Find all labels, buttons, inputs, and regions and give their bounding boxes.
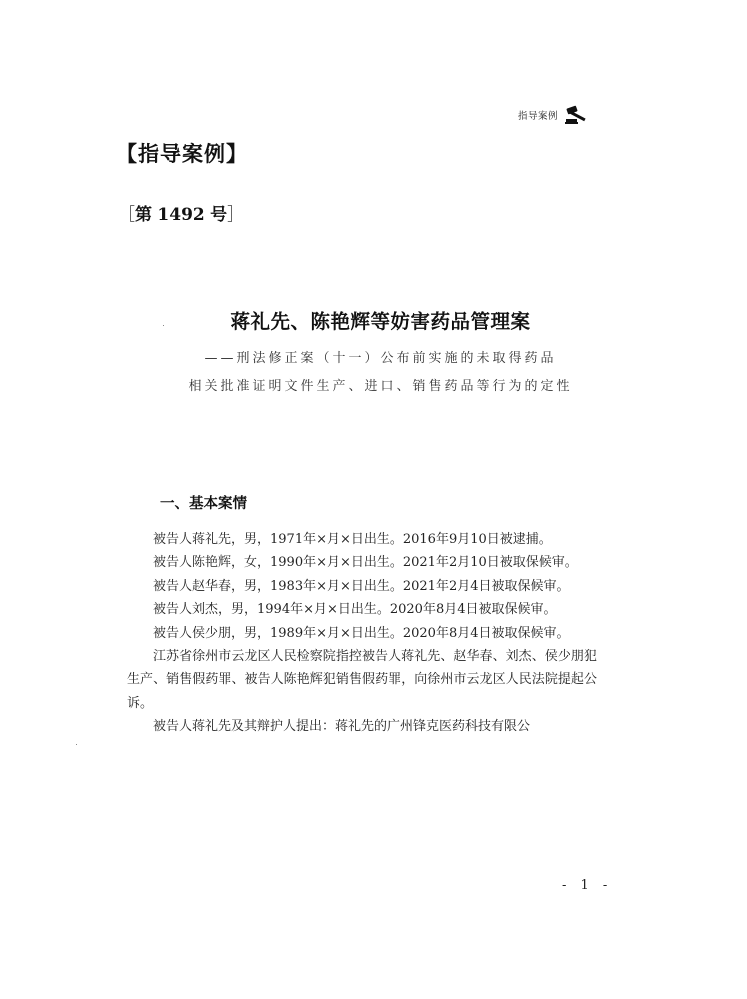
scan-speck: [76, 744, 77, 745]
section-label: 【指导案例】: [116, 138, 248, 168]
case-number-prefix: 第: [135, 205, 152, 225]
running-header: 指导案例: [518, 104, 592, 126]
case-number-close-bracket: ］: [227, 205, 244, 225]
case-number-open-bracket: ［: [118, 205, 135, 225]
paragraph: 被告人陈艳辉，女，1990年×月×日出生。2021年2月10日被取保候审。: [127, 551, 597, 574]
body-text: 被告人蒋礼先，男，1971年×月×日出生。2016年9月10日被逮捕。 被告人陈…: [127, 528, 597, 739]
case-subtitle-line-2: 相关批准证明文件生产、进口、销售药品等行为的定性: [0, 375, 747, 394]
paragraph: 被告人蒋礼先及其辩护人提出：蒋礼先的广州锋克医药科技有限公: [127, 715, 597, 738]
gavel-icon: [564, 104, 592, 126]
case-number-value: 1492: [157, 205, 204, 225]
paragraph: 被告人刘杰，男，1994年×月×日出生。2020年8月4日被取保候审。: [127, 598, 597, 621]
case-subtitle-line-1: ——刑法修正案（十一）公布前实施的未取得药品: [0, 347, 747, 366]
scan-speck: [163, 325, 164, 326]
paragraph: 江苏省徐州市云龙区人民检察院指控被告人蒋礼先、赵华春、刘杰、侯少朋犯生产、销售假…: [127, 645, 597, 715]
case-title: 蒋礼先、陈艳辉等妨害药品管理案: [0, 306, 747, 334]
paragraph: 被告人蒋礼先，男，1971年×月×日出生。2016年9月10日被逮捕。: [127, 528, 597, 551]
paragraph: 被告人侯少朋，男，1989年×月×日出生。2020年8月4日被取保候审。: [127, 622, 597, 645]
paragraph: 被告人赵华春，男，1983年×月×日出生。2021年2月4日被取保候审。: [127, 575, 597, 598]
case-number: ［第 1492 号］: [118, 200, 244, 225]
page-number: - 1 -: [562, 878, 612, 893]
document-page: 指导案例 【指导案例】 ［第 1492 号］ 蒋礼先、陈艳辉等妨害药品管理案 —…: [0, 0, 747, 999]
section-heading: 一、基本案情: [160, 492, 247, 513]
running-header-title: 指导案例: [518, 108, 558, 122]
case-number-suffix: 号: [210, 205, 227, 225]
